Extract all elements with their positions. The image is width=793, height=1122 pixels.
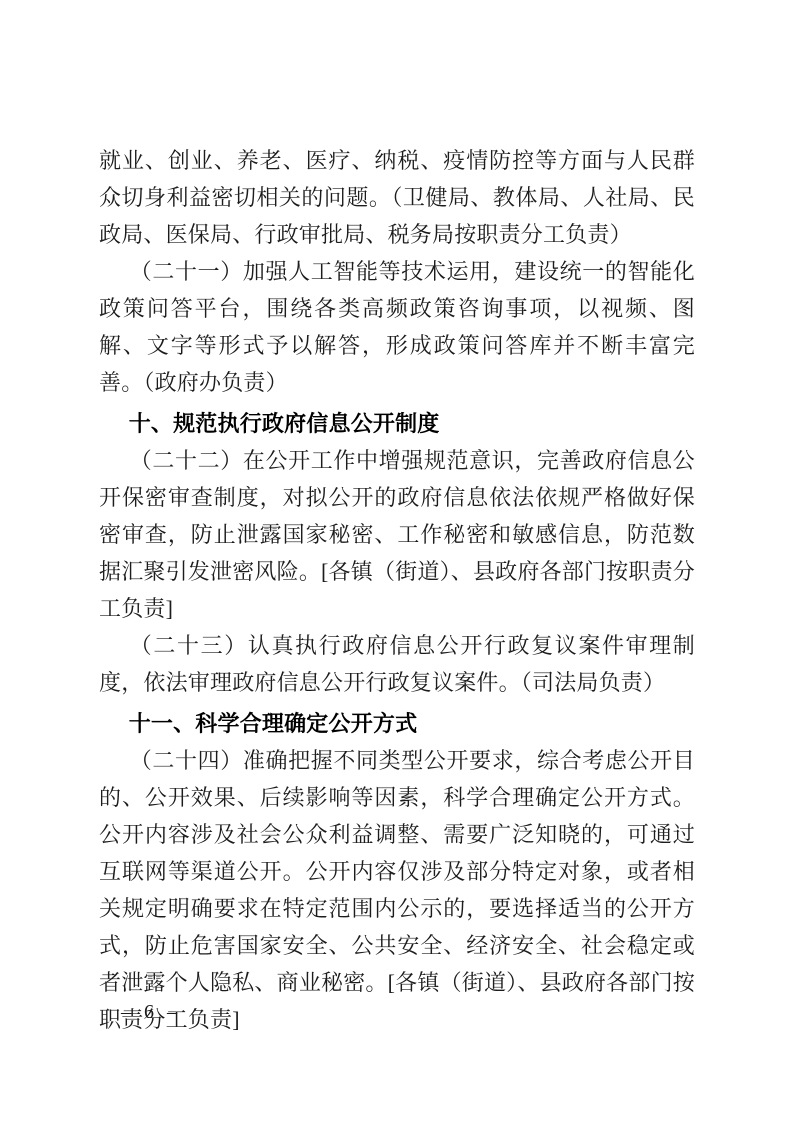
body-paragraph: （二十一）加强人工智能等技术运用，建设统一的智能化政策问答平台，围绕各类高频政策… <box>99 253 695 401</box>
section-heading: 十一、科学合理确定公开方式 <box>99 705 695 742</box>
page-number: – 6 – <box>121 1001 178 1024</box>
document-body: 就业、创业、养老、医疗、纳税、疫情防控等方面与人民群众切身利益密切相关的问题。（… <box>99 142 695 1038</box>
section-heading: 十、规范执行政府信息公开制度 <box>99 405 695 442</box>
body-paragraph: 就业、创业、养老、医疗、纳税、疫情防控等方面与人民群众切身利益密切相关的问题。（… <box>99 142 695 253</box>
document-page: 就业、创业、养老、医疗、纳税、疫情防控等方面与人民群众切身利益密切相关的问题。（… <box>0 0 793 1122</box>
body-paragraph: （二十四）准确把握不同类型公开要求，综合考虑公开目的、公开效果、后续影响等因素，… <box>99 742 695 1038</box>
body-paragraph: （二十二）在公开工作中增强规范意识，完善政府信息公开保密审查制度，对拟公开的政府… <box>99 442 695 627</box>
body-paragraph: （二十三）认真执行政府信息公开行政复议案件审理制度，依法审理政府信息公开行政复议… <box>99 627 695 701</box>
